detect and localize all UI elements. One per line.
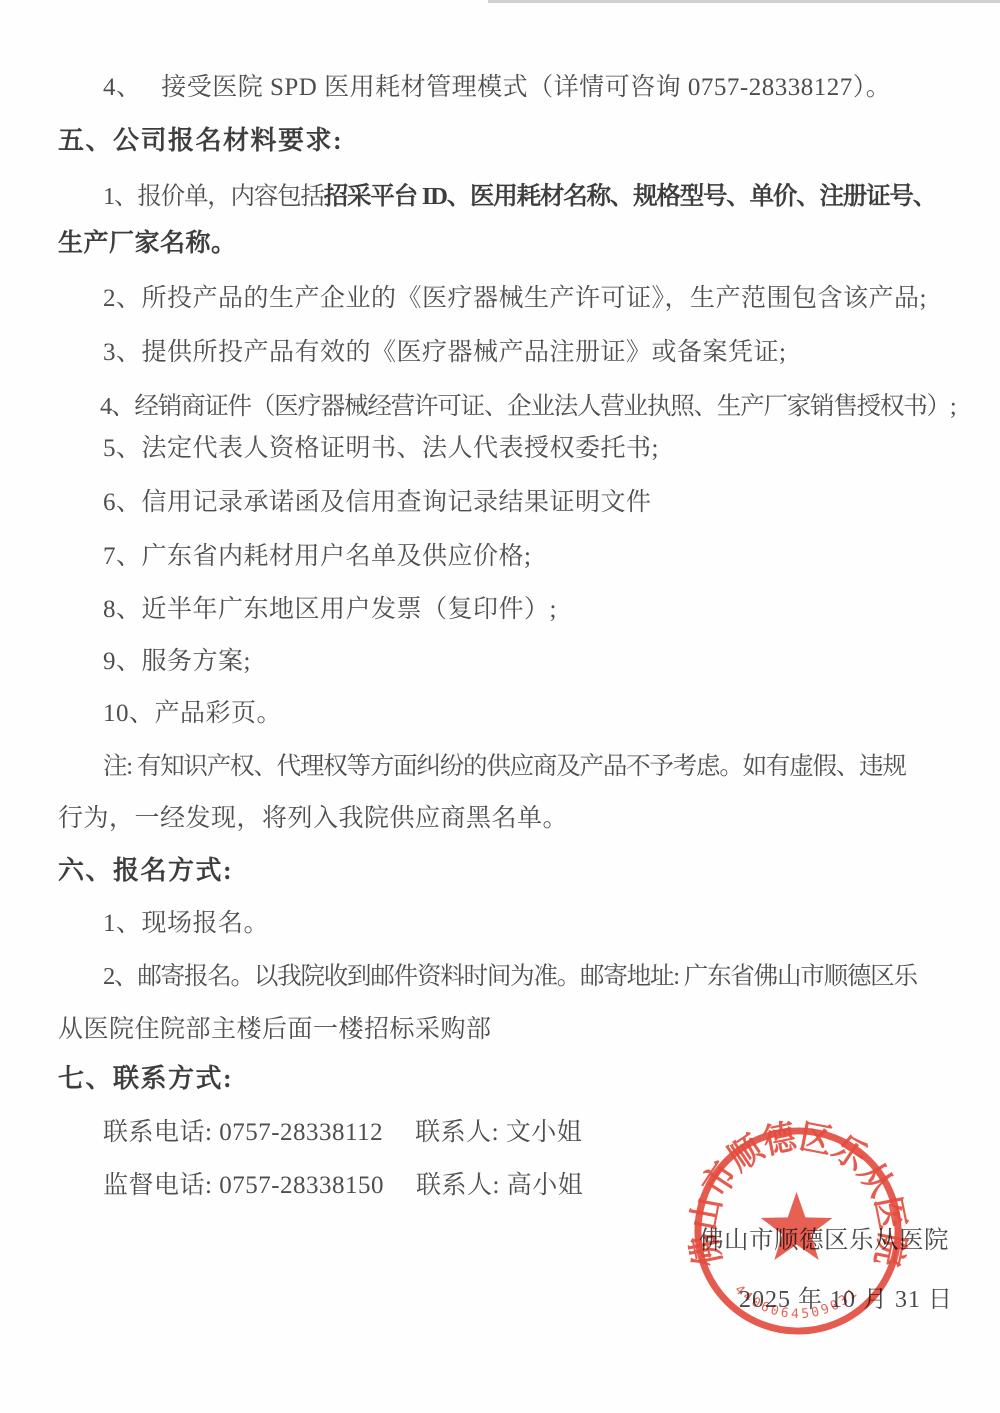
section6-item2-line2: 从医院住院部主楼后面一楼招标采购部 [58,1014,492,1046]
contact-person: 联系人: 文小姐 [415,1119,582,1146]
document-page: 4、 接受医院 SPD 医用耗材管理模式（详情可咨询 0757-28338127… [0,0,1000,1413]
section5-heading: 五、公司报名材料要求: [58,125,343,157]
official-seal: 佛山市顺德区乐从医院 4406064509031 [653,1086,943,1376]
section6-heading: 六、报名方式: [58,855,233,887]
section5-item5: 5、法定代表人资格证明书、法人代表授权委托书; [103,433,659,465]
section5-item4: 4、经销商证件（医疗器械经营许可证、企业法人营业执照、生产厂家销售授权书）; [100,391,955,423]
section6-item1: 1、现场报名。 [103,908,269,940]
section5-item3: 3、提供所投产品有效的《医疗器械产品注册证》或备案凭证; [103,337,786,369]
section5-item8: 8、近半年广东地区用户发票（复印件）; [103,594,557,626]
supervision-person: 联系人: 高小姐 [416,1172,583,1199]
contact-row-2: 监督电话: 0757-28338150联系人: 高小姐 [103,1170,583,1202]
contact-row-1: 联系电话: 0757-28338112联系人: 文小姐 [103,1117,582,1149]
section5-item1: 1、报价单，内容包括招采平台 ID、医用耗材名称、规格型号、单价、注册证号、 [103,181,936,213]
section5-item2: 2、所投产品的生产企业的《医疗器械生产许可证》，生产范围包含该产品; [103,283,927,315]
section5-note-line2: 行为，一经发现，将列入我院供应商黑名单。 [58,803,568,835]
section5-item1-continuation: 生产厂家名称。 [58,228,237,260]
section6-item2-line1: 2、邮寄报名。以我院收到邮件资料时间为准。邮寄地址: 广东省佛山市顺德区乐 [103,961,917,993]
seal-star-icon [761,1192,833,1260]
scan-edge-artifact [488,0,1000,3]
contact-phone: 联系电话: 0757-28338112 [103,1119,383,1146]
paragraph-spd-item: 4、 接受医院 SPD 医用耗材管理模式（详情可咨询 0757-28338127… [103,72,891,104]
section5-item9: 9、服务方案; [103,646,251,678]
section5-item10: 10、产品彩页。 [103,698,282,730]
section7-heading: 七、联系方式: [58,1063,233,1095]
section5-item6: 6、信用记录承诺函及信用查询记录结果证明文件 [103,487,652,519]
seal-arc-text: 佛山市顺德区乐从医院 [684,1117,912,1270]
section5-note-line1: 注: 有知识产权、代理权等方面纠纷的供应商及产品不予考虑。如有虚假、违规 [103,751,906,783]
item1-prefix: 1、报价单，内容包括 [103,183,324,210]
supervision-phone: 监督电话: 0757-28338150 [103,1172,384,1199]
section5-item7: 7、广东省内耗材用户名单及供应价格; [103,541,531,573]
item1-bold-part: 招采平台 ID、医用耗材名称、规格型号、单价、注册证号、 [324,183,936,210]
